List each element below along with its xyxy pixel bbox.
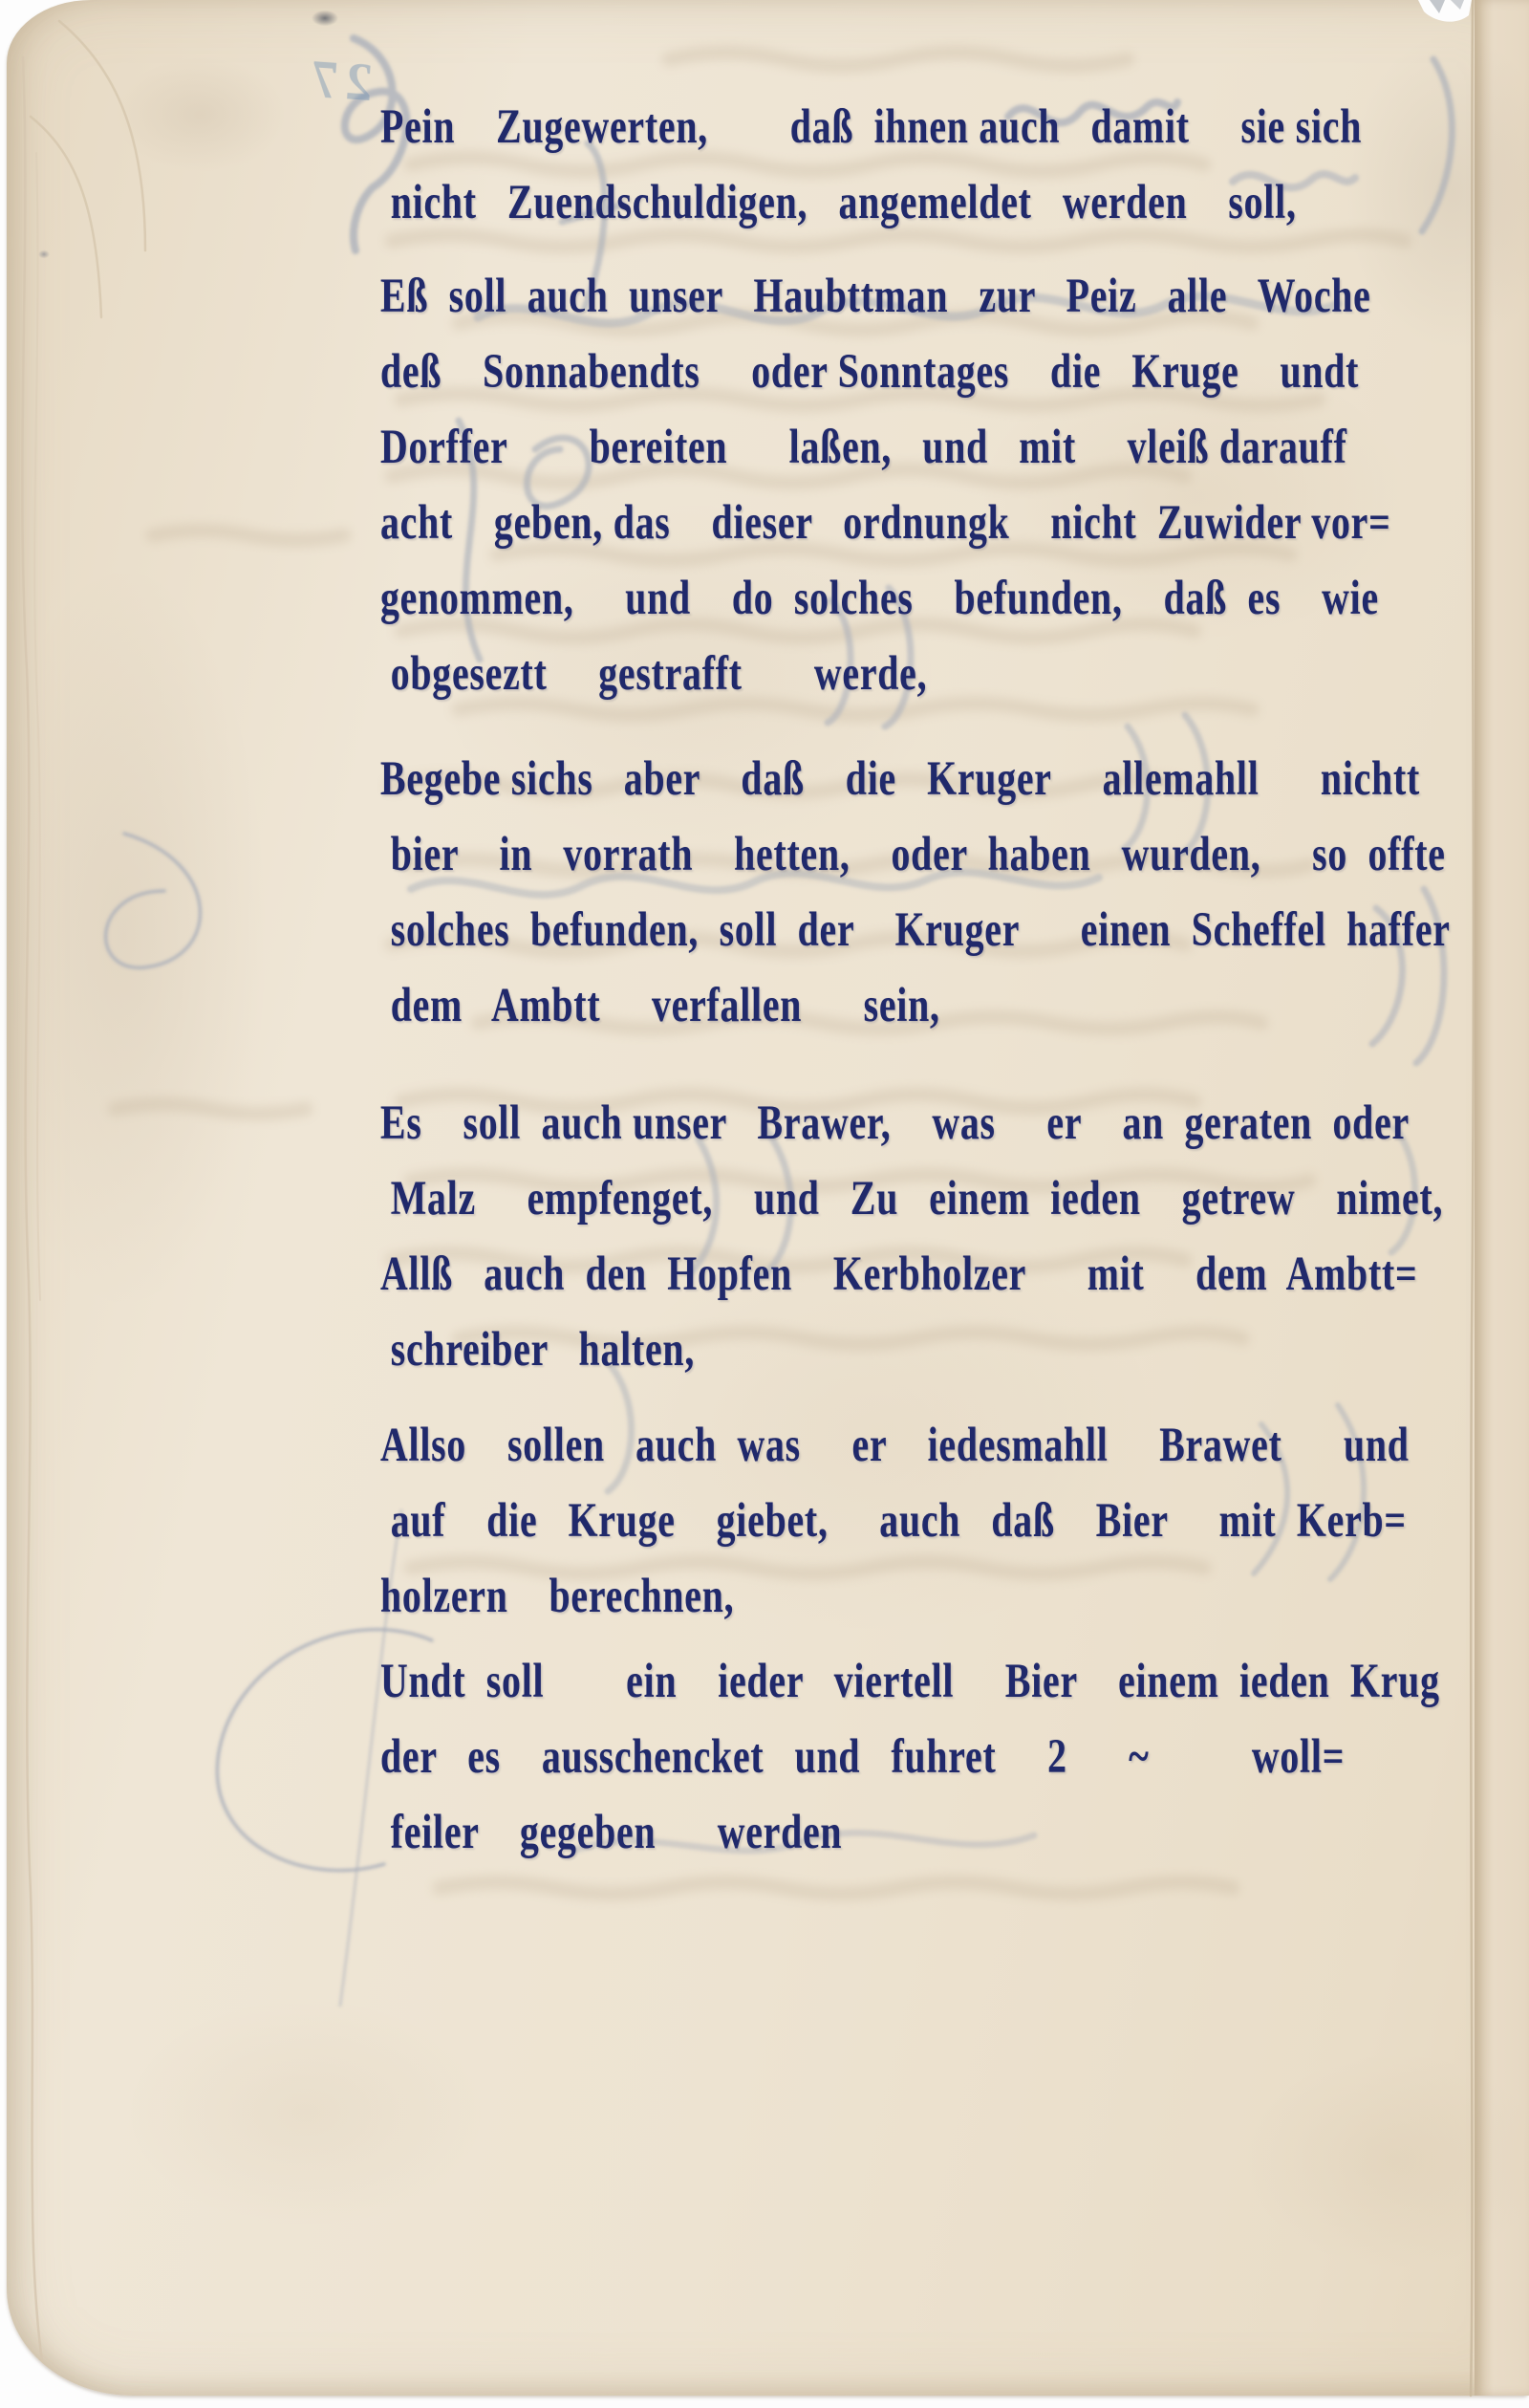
text-line: Eß soll auch unser Haubttman zur Peiz al… — [380, 259, 1275, 335]
text-line: Allß auch den Hopfen Kerbholzer mit dem … — [380, 1237, 1275, 1312]
text-line: holzern berechnen, — [380, 1559, 1275, 1635]
text-line: obgeseztt gestrafft werde, — [380, 637, 1275, 712]
text-line: nicht Zuendschuldigen, angemeldet werden… — [380, 165, 1275, 241]
text-line: Undt soll ein ieder viertell Bier einem … — [380, 1644, 1275, 1720]
text-line: acht geben, das dieser ordnungk nicht Zu… — [380, 486, 1275, 561]
paragraph: Begebe sichs aber daß die Kruger allemah… — [380, 742, 1527, 1044]
text-line: deß Sonnabendts oder Sonntages die Kruge… — [380, 335, 1275, 410]
text-line: auf die Kruge giebet, auch daß Bier mit … — [380, 1484, 1275, 1559]
text-line: Pein Zugewerten, daß ihnen auch damit si… — [380, 90, 1275, 165]
text-line: Begebe sichs aber daß die Kruger allemah… — [380, 742, 1275, 817]
paragraph: Undt soll ein ieder viertell Bier einem … — [380, 1644, 1527, 1871]
text-line: Allso sollen auch was er iedesmahll Braw… — [380, 1408, 1275, 1484]
text-line: Es soll auch unser Brawer, was er an ger… — [380, 1086, 1275, 1161]
text-line: dem Ambtt verfallen sein, — [380, 968, 1275, 1044]
paragraph: Eß soll auch unser Haubttman zur Peiz al… — [380, 259, 1527, 712]
manuscript-scan: { "document": { "kind": "archival manusc… — [0, 0, 1529, 2408]
mirrored-folio-number: 27 — [285, 47, 375, 114]
text-line: schreiber halten, — [380, 1312, 1275, 1388]
paragraph: Allso sollen auch was er iedesmahll Braw… — [380, 1408, 1527, 1635]
transcription-text: Pein Zugewerten, daß ihnen auch damit si… — [380, 90, 1527, 1871]
text-line: der es ausschencket und fuhret 2 ~ woll= — [380, 1720, 1275, 1795]
text-line: solches befunden, soll der Kruger einen … — [380, 893, 1275, 968]
text-line: feiler gegeben werden — [380, 1795, 1275, 1871]
text-line: Dorffer bereiten laßen, und mit vleiß da… — [380, 410, 1275, 486]
paragraph: Pein Zugewerten, daß ihnen auch damit si… — [380, 90, 1527, 241]
text-line: Malz empfenget, und Zu einem ieden getre… — [380, 1161, 1275, 1237]
paragraph: Es soll auch unser Brawer, was er an ger… — [380, 1086, 1527, 1388]
text-line: genommen, und do solches befunden, daß e… — [380, 561, 1275, 637]
text-line: bier in vorrath hetten, oder haben wurde… — [380, 817, 1275, 893]
